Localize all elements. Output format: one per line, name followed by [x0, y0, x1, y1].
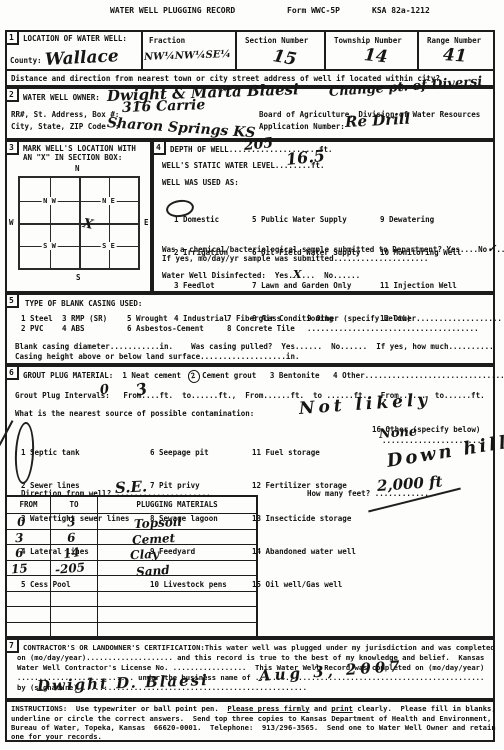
section-3-location-grid: 3 MARK WELL'S LOCATION WITH AN "X" IN SE…	[5, 140, 152, 293]
cell-from: 15	[11, 559, 51, 576]
fraction-cell: Fraction NW¼NW¼SE¼	[143, 32, 237, 69]
cement-grout-circled-2: 2	[187, 369, 201, 384]
table-header-row: FROM TO PLUGGING MATERIALS	[7, 497, 256, 513]
grid-sw-label: S W	[41, 242, 58, 250]
grid-line	[20, 246, 138, 247]
table-row	[7, 606, 256, 622]
how-many-feet-value: 2,000 ft	[376, 472, 443, 495]
list-item: 5 Wrought	[127, 314, 227, 324]
column-header-from: FROM	[7, 497, 51, 513]
address-label: RR#, St. Address, Box #:	[11, 110, 119, 120]
county-cell: 1 LOCATION OF WATER WELL: County: Wallac…	[7, 32, 143, 69]
plugging-materials-table: FROM TO PLUGGING MATERIALS 0 3 Topsoil 3…	[5, 495, 258, 639]
casing-type-row1: 1 Steel 3 RMP (SR) 5 Wrought 7 Fiberglas…	[21, 314, 411, 324]
cell-from	[7, 623, 51, 638]
list-item: 3 Feedlot	[174, 280, 228, 291]
instructions-text: INSTRUCTIONS: Use typewriter or ball poi…	[11, 704, 227, 713]
instructions-line4: one for your records.	[11, 732, 102, 742]
section-1-title: LOCATION OF WATER WELL:	[23, 34, 127, 44]
section-number-value: 15	[271, 46, 298, 70]
print-underlined: print	[331, 704, 353, 713]
location-columns: 1 LOCATION OF WATER WELL: County: Wallac…	[7, 32, 493, 69]
grid-east-label: E	[144, 218, 149, 228]
application-number-value: Re Drill	[345, 110, 411, 131]
disinfected-line: Water Well Disinfected: Yes.X... No.....…	[162, 270, 360, 281]
if-yes-sample-line: If yes, mo/day/yr sample was submitted..…	[162, 254, 428, 264]
grid-north-label: N	[75, 164, 80, 174]
grid-line	[20, 201, 138, 202]
certification-line1: CONTRACTOR'S OR LANDOWNER'S CERTIFICATIO…	[23, 643, 495, 653]
cell-material	[98, 623, 256, 638]
form-statute: KSA 82a-1212	[372, 6, 430, 16]
list-item: 2 PVC	[21, 324, 62, 334]
press-firmly-underlined: Please press firmly	[227, 704, 309, 713]
section-box-grid: N W N E S W S E X	[18, 176, 140, 270]
table-row	[7, 591, 256, 607]
chemical-sample-text: Was a chemical/bacteriological sample su…	[162, 245, 487, 254]
casing-height-line: Casing height above or below land surfac…	[15, 352, 299, 362]
certification-line3: Water Well Contractor's License No. ....…	[17, 663, 484, 673]
grid-se-label: S E	[100, 242, 117, 250]
well-location-x-mark: X	[81, 216, 94, 233]
cell-to	[51, 576, 98, 591]
township-number-value: 14	[363, 45, 389, 67]
cell-to: 3	[66, 512, 97, 529]
casing-type-row2: 2 PVC 4 ABS 6 Asbestos-Cement 8 Concrete…	[21, 324, 479, 334]
range-number-value: 41	[442, 45, 467, 67]
list-item: 3 RMP (SR)	[62, 314, 127, 324]
table-row	[7, 622, 256, 638]
list-item: 7 Lawn and Garden Only	[252, 280, 360, 291]
contamination-source-col3: 11 Fuel storage 12 Fertilizer storage 13…	[252, 425, 356, 612]
instructions-text: clearly. Please fill in blanks,	[353, 704, 496, 713]
cell-from: 3	[15, 528, 51, 544]
section-4-well-details: 4 DEPTH OF WELL....................ft. 2…	[152, 140, 495, 293]
list-item: 14 Abandoned water well	[252, 546, 356, 557]
instructions-text: and	[310, 704, 332, 713]
cell-from	[7, 592, 51, 607]
list-item: 13 Insecticide storage	[252, 513, 356, 524]
instructions-line1: INSTRUCTIONS: Use typewriter or ball poi…	[11, 704, 496, 714]
table-row: 6 14 Clay	[7, 544, 256, 560]
cell-from	[7, 576, 51, 591]
cell-from	[7, 607, 51, 622]
contamination-question: What is the nearest source of possible c…	[15, 409, 254, 419]
table-row: 0 3 Topsoil	[7, 513, 256, 529]
certification-line2: on (mo/day/year).................... and…	[17, 653, 484, 663]
city-value: Sharon Springs KS	[106, 115, 255, 141]
column-header-materials: PLUGGING MATERIALS	[98, 497, 256, 513]
cell-to	[51, 592, 98, 607]
section-3-number: 3	[7, 142, 19, 155]
instructions-box: INSTRUCTIONS: Use typewriter or ball poi…	[5, 700, 495, 742]
section-3-title-line2: AN "X" IN SECTION BOX:	[23, 153, 122, 163]
grout-material-line: GROUT PLUG MATERIAL: 1 Neat cement 2 Cem…	[23, 371, 504, 381]
grid-south-label: S	[76, 273, 81, 283]
table-row: 15 -205 Sand	[7, 560, 256, 576]
section-7-certification: 7 CONTRACTOR'S OR LANDOWNER'S CERTIFICAT…	[5, 638, 495, 700]
list-item: 9 Other (specify below)	[307, 314, 411, 324]
disinfected-text: Water Well Disinfected: Yes.	[162, 271, 293, 280]
county-label: County:	[10, 56, 42, 66]
fraction-value: NW¼NW¼SE¼	[144, 49, 231, 63]
township-number-cell: Township Number 14	[326, 32, 419, 69]
table-row: 3 6 Cemet	[7, 529, 256, 545]
list-item: 11 Injection Well	[380, 280, 502, 291]
cell-material	[98, 576, 256, 591]
cell-to: -205	[54, 559, 97, 577]
owner-label: WATER WELL OWNER:	[23, 93, 100, 103]
form-title: WATER WELL PLUGGING RECORD	[110, 6, 235, 16]
other-casing-dots: ......................................	[307, 324, 479, 334]
column-header-to: TO	[51, 497, 98, 513]
list-item: 4 ABS	[62, 324, 127, 334]
form-number: Form WWC-5P	[287, 6, 340, 16]
list-item: 1 Septic tank	[21, 447, 129, 458]
grid-nw-label: N W	[41, 197, 58, 205]
list-item: 15 Oil well/Gas well	[252, 579, 356, 590]
section-5-casing: 5 TYPE OF BLANK CASING USED: 1 Steel 3 R…	[5, 293, 495, 365]
city-label: City, State, ZIP Code :	[11, 122, 119, 132]
range-number-cell: Range Number 41	[419, 32, 493, 69]
table-row	[7, 575, 256, 591]
other-source-answer: None	[378, 424, 417, 442]
section-4-number: 4	[154, 142, 166, 155]
list-item: 6 Asbestos-Cement	[127, 324, 227, 334]
list-item: 1 Steel	[21, 314, 62, 324]
list-item: 5 Public Water Supply	[252, 214, 360, 225]
handwritten-stroke	[0, 420, 13, 446]
grout-material-options: Cement grout 3 Bentonite 4 Other........…	[198, 371, 504, 380]
cell-to	[51, 623, 98, 638]
cell-material	[98, 607, 256, 622]
section-number-cell: Section Number 15	[237, 32, 326, 69]
water-well-plugging-record-form: WATER WELL PLUGGING RECORD Form WWC-5P K…	[0, 0, 504, 750]
grid-west-label: W	[9, 218, 14, 228]
grid-ne-label: N E	[100, 197, 117, 205]
county-value: Wallace	[44, 46, 119, 70]
static-water-level-value: 16.5	[285, 146, 326, 169]
list-item: 6 Seepage pit	[150, 447, 227, 458]
cell-from: 0	[17, 513, 51, 529]
section-2-owner: 2 WATER WELL OWNER: Dwight & Marta Blaes…	[5, 87, 495, 140]
interval-from-value: 0	[99, 382, 110, 398]
disinfected-yes-x-mark: X	[293, 268, 302, 281]
list-item: 9 Dewatering	[380, 214, 502, 225]
depth-of-well-value: 205	[243, 135, 274, 154]
section-2-number: 2	[7, 89, 19, 102]
section-7-number: 7	[7, 640, 19, 653]
cell-to	[51, 607, 98, 622]
list-item: 11 Fuel storage	[252, 447, 356, 458]
section-number-label: Section Number	[245, 36, 308, 46]
grout-material-text: GROUT PLUG MATERIAL: 1 Neat cement	[23, 371, 190, 380]
well-used-as-label: WELL WAS USED AS:	[162, 178, 239, 188]
cell-material	[98, 592, 256, 607]
list-item: 7 Fiberglass	[227, 314, 307, 324]
section-5-title: TYPE OF BLANK CASING USED:	[25, 299, 142, 309]
chemical-sample-no-checkmark: ✓	[487, 242, 496, 255]
fraction-label: Fraction	[149, 36, 185, 46]
range-number-label: Range Number	[427, 36, 481, 46]
application-number-label: Application Number:	[259, 122, 345, 132]
casing-diameter-line: Blank casing diameter...........in. Was …	[15, 342, 494, 352]
section-6-number: 6	[7, 367, 19, 380]
chemical-sample-dots: ...	[496, 245, 504, 254]
address-value: 316 Carrie	[122, 97, 206, 116]
section-6-grout: 6 GROUT PLUG MATERIAL: 1 Neat cement 2 C…	[5, 365, 495, 638]
grid-line	[20, 223, 138, 225]
cell-from: 6	[15, 544, 51, 560]
section-1-number: 1	[7, 32, 19, 45]
list-item: 8 Concrete Tile	[227, 324, 307, 334]
section-5-number: 5	[7, 295, 19, 308]
disinfected-dots: ... No......	[302, 271, 361, 280]
